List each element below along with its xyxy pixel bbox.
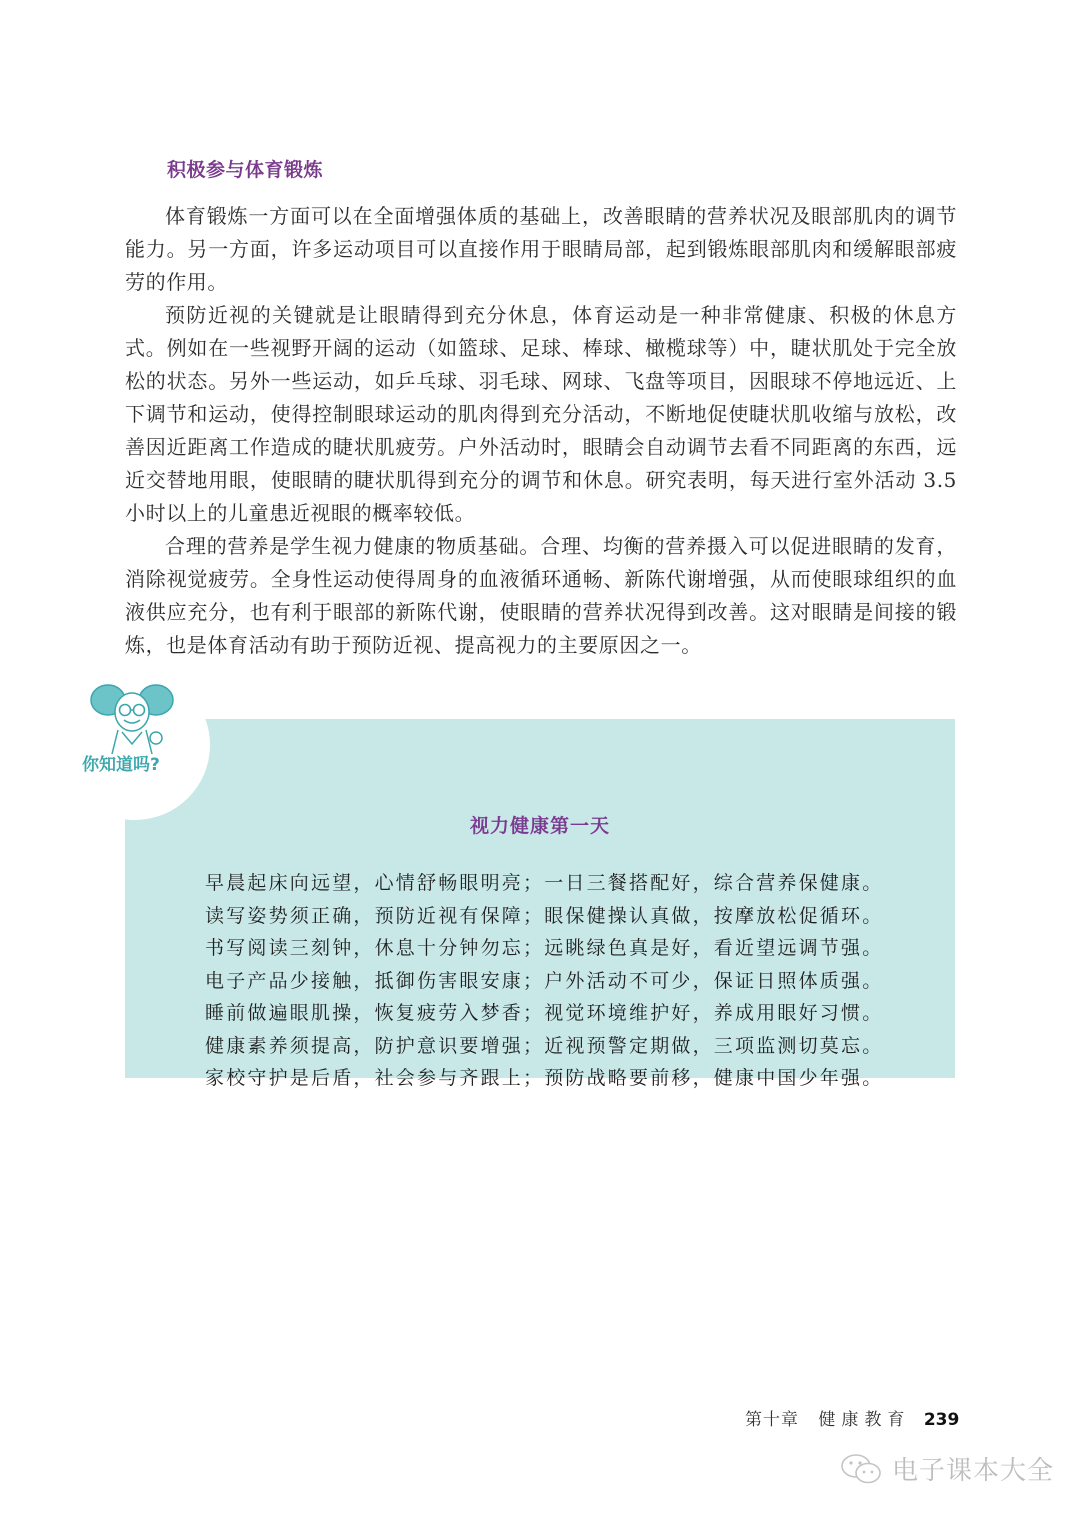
poem-line: 睡前做遍眼肌操，恢复疲劳入梦香；视觉环境维护好，养成用眼好习惯。 [205, 997, 905, 1030]
section-heading: 积极参与体育锻炼 [167, 155, 323, 182]
poem-line: 健康素养须提高，防护意识要增强；近视预警定期做，三项监测切莫忘。 [205, 1030, 905, 1063]
did-you-know-label: 你知道吗? [82, 750, 160, 775]
mascot-badge: 你知道吗? [60, 670, 210, 820]
poem-list: 早晨起床向远望，心情舒畅眼明亮；一日三餐搭配好，综合营养保健康。 读写姿势须正确… [205, 867, 905, 1095]
poem-line: 读写姿势须正确，预防近视有保障；眼保健操认真做，按摩放松促循环。 [205, 900, 905, 933]
paragraph: 合理的营养是学生视力健康的物质基础。合理、均衡的营养摄入可以促进眼睛的发育，消除… [125, 530, 957, 662]
wechat-icon [840, 1452, 884, 1486]
watermark-text: 电子课本大全 [892, 1450, 1054, 1487]
paragraph: 预防近视的关键就是让眼睛得到充分休息，体育运动是一种非常健康、积极的休息方式。例… [125, 299, 957, 530]
professor-mascot-icon [78, 678, 188, 758]
page-number: 239 [924, 1410, 960, 1430]
watermark: 电子课本大全 [840, 1450, 1054, 1487]
poem-line: 书写阅读三刻钟，休息十分钟勿忘；远眺绿色真是好，看近望远调节强。 [205, 932, 905, 965]
body-text: 体育锻炼一方面可以在全面增强体质的基础上，改善眼睛的营养状况及眼部肌肉的调节能力… [125, 200, 957, 662]
box-title: 视力健康第一天 [125, 811, 955, 838]
subject-label: 健康教育 [818, 1410, 910, 1430]
paragraph: 体育锻炼一方面可以在全面增强体质的基础上，改善眼睛的营养状况及眼部肌肉的调节能力… [125, 200, 957, 299]
poem-line: 电子产品少接触，抵御伤害眼安康；户外活动不可少，保证日照体质强。 [205, 965, 905, 998]
page-footer: 第十章 健康教育 239 [745, 1405, 959, 1430]
did-you-know-panel: 视力健康第一天 早晨起床向远望，心情舒畅眼明亮；一日三餐搭配好，综合营养保健康。… [60, 670, 980, 1100]
poem-line: 家校守护是后盾，社会参与齐跟上；预防战略要前移，健康中国少年强。 [205, 1062, 905, 1095]
info-box: 视力健康第一天 早晨起床向远望，心情舒畅眼明亮；一日三餐搭配好，综合营养保健康。… [125, 719, 955, 1078]
poem-line: 早晨起床向远望，心情舒畅眼明亮；一日三餐搭配好，综合营养保健康。 [205, 867, 905, 900]
chapter-label: 第十章 [745, 1410, 799, 1430]
